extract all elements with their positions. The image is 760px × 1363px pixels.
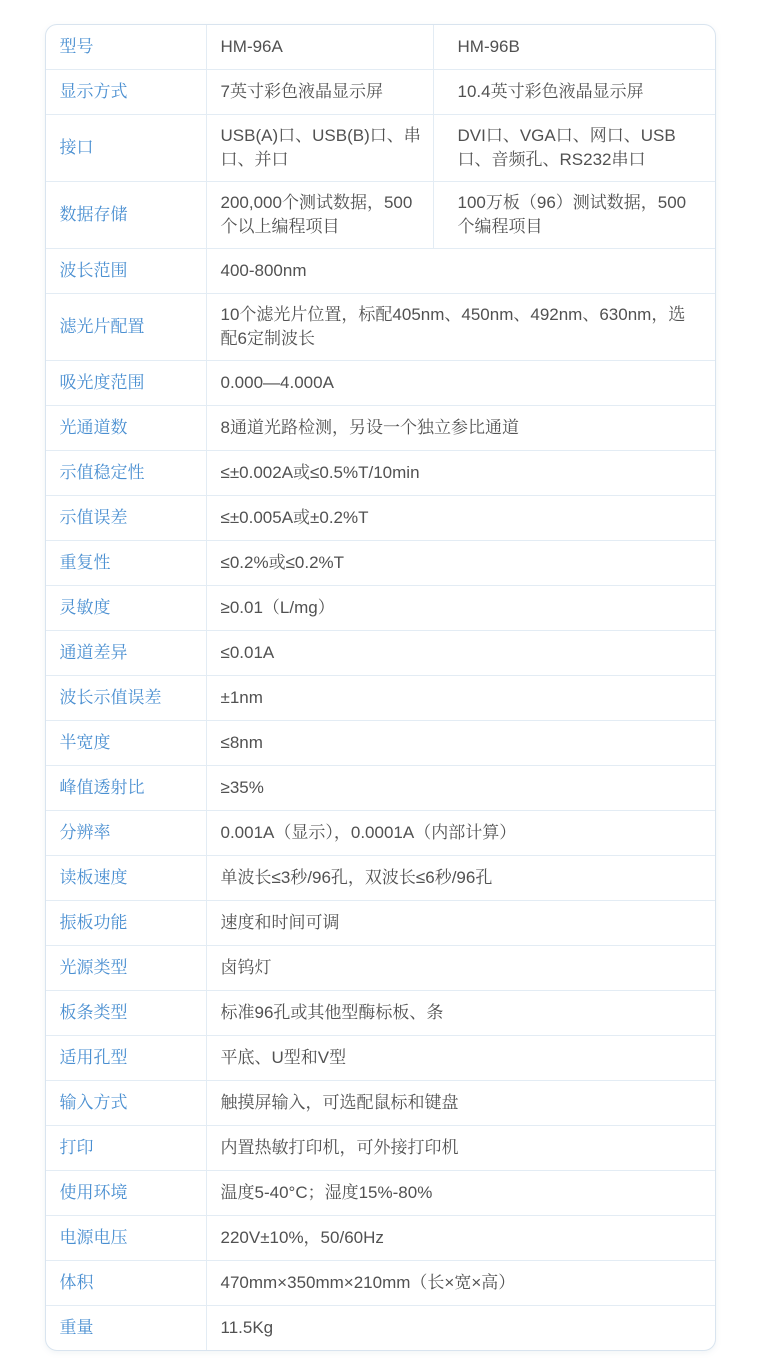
- spec-value: 速度和时间可调: [207, 901, 715, 945]
- spec-label: 半宽度: [46, 721, 207, 765]
- spec-row: 半宽度≤8nm: [46, 721, 715, 766]
- spec-row: 接口USB(A)口、USB(B)口、串口、并口DVI口、VGA口、网口、USB口…: [46, 115, 715, 182]
- spec-row: 示值稳定性≤±0.002A或≤0.5%T/10min: [46, 451, 715, 496]
- spec-value: 触摸屏输入，可选配鼠标和键盘: [207, 1081, 715, 1125]
- spec-row: 滤光片配置10个滤光片位置，标配405nm、450nm、492nm、630nm，…: [46, 294, 715, 361]
- spec-value: 平底、U型和V型: [207, 1036, 715, 1080]
- spec-value: 0.001A（显示），0.0001A（内部计算）: [207, 811, 715, 855]
- spec-label: 数据存储: [46, 182, 207, 248]
- spec-label: 滤光片配置: [46, 294, 207, 360]
- spec-label: 读板速度: [46, 856, 207, 900]
- spec-row: 灵敏度≥0.01（L/mg）: [46, 586, 715, 631]
- spec-value: 温度5-40°C；湿度15%-80%: [207, 1171, 715, 1215]
- spec-value: 220V±10%，50/60Hz: [207, 1216, 715, 1260]
- spec-row: 数据存储200,000个测试数据，500个以上编程项目100万板（96）测试数据…: [46, 182, 715, 249]
- spec-label: 重量: [46, 1306, 207, 1350]
- spec-row: 光源类型卤钨灯: [46, 946, 715, 991]
- spec-value-hm96b: 10.4英寸彩色液晶显示屏: [434, 70, 715, 114]
- spec-value: ≤8nm: [207, 721, 715, 765]
- spec-label: 吸光度范围: [46, 361, 207, 405]
- spec-label: 分辨率: [46, 811, 207, 855]
- spec-row: 输入方式触摸屏输入，可选配鼠标和键盘: [46, 1081, 715, 1126]
- spec-row: 光通道数8通道光路检测，另设一个独立参比通道: [46, 406, 715, 451]
- spec-label: 波长示值误差: [46, 676, 207, 720]
- spec-row: 体积470mm×350mm×210mm（长×宽×高）: [46, 1261, 715, 1306]
- spec-label: 光源类型: [46, 946, 207, 990]
- spec-value: ≥0.01（L/mg）: [207, 586, 715, 630]
- spec-label: 示值稳定性: [46, 451, 207, 495]
- spec-row: 板条类型标准96孔或其他型酶标板、条: [46, 991, 715, 1036]
- spec-row: 分辨率0.001A（显示），0.0001A（内部计算）: [46, 811, 715, 856]
- spec-label: 型号: [46, 25, 207, 69]
- spec-row: 通道差异≤0.01A: [46, 631, 715, 676]
- spec-value-hm96b: 100万板（96）测试数据，500个编程项目: [434, 182, 715, 248]
- spec-label: 灵敏度: [46, 586, 207, 630]
- spec-value: 11.5Kg: [207, 1306, 715, 1350]
- spec-row: 吸光度范围0.000—4.000A: [46, 361, 715, 406]
- spec-label: 打印: [46, 1126, 207, 1170]
- spec-row: 适用孔型平底、U型和V型: [46, 1036, 715, 1081]
- spec-value: 470mm×350mm×210mm（长×宽×高）: [207, 1261, 715, 1305]
- spec-value: ≤0.2%或≤0.2%T: [207, 541, 715, 585]
- spec-label: 峰值透射比: [46, 766, 207, 810]
- spec-value-hm96b: HM-96B: [434, 25, 715, 69]
- spec-value-hm96b: DVI口、VGA口、网口、USB口、音频孔、RS232串口: [434, 115, 715, 181]
- spec-label: 振板功能: [46, 901, 207, 945]
- spec-value: 内置热敏打印机，可外接打印机: [207, 1126, 715, 1170]
- spec-value: 10个滤光片位置，标配405nm、450nm、492nm、630nm，选配6定制…: [207, 294, 715, 360]
- spec-value-hm96a: HM-96A: [207, 25, 434, 69]
- spec-row: 型号HM-96AHM-96B: [46, 25, 715, 70]
- spec-label: 重复性: [46, 541, 207, 585]
- spec-label: 显示方式: [46, 70, 207, 114]
- spec-row: 读板速度单波长≤3秒/96孔，双波长≤6秒/96孔: [46, 856, 715, 901]
- spec-row: 打印内置热敏打印机，可外接打印机: [46, 1126, 715, 1171]
- spec-table: 型号HM-96AHM-96B显示方式7英寸彩色液晶显示屏10.4英寸彩色液晶显示…: [45, 24, 716, 1351]
- spec-value: 单波长≤3秒/96孔，双波长≤6秒/96孔: [207, 856, 715, 900]
- spec-value: ≥35%: [207, 766, 715, 810]
- spec-row: 波长范围400-800nm: [46, 249, 715, 294]
- spec-label: 使用环境: [46, 1171, 207, 1215]
- spec-value: 标准96孔或其他型酶标板、条: [207, 991, 715, 1035]
- spec-value: 卤钨灯: [207, 946, 715, 990]
- spec-row: 重量11.5Kg: [46, 1306, 715, 1350]
- spec-value: ±1nm: [207, 676, 715, 720]
- spec-label: 通道差异: [46, 631, 207, 675]
- spec-value: ≤0.01A: [207, 631, 715, 675]
- spec-label: 输入方式: [46, 1081, 207, 1125]
- spec-label: 适用孔型: [46, 1036, 207, 1080]
- spec-value: 8通道光路检测，另设一个独立参比通道: [207, 406, 715, 450]
- spec-row: 峰值透射比≥35%: [46, 766, 715, 811]
- spec-row: 重复性≤0.2%或≤0.2%T: [46, 541, 715, 586]
- spec-row: 显示方式7英寸彩色液晶显示屏10.4英寸彩色液晶显示屏: [46, 70, 715, 115]
- spec-row: 示值误差≤±0.005A或±0.2%T: [46, 496, 715, 541]
- spec-label: 光通道数: [46, 406, 207, 450]
- spec-value-hm96a: 7英寸彩色液晶显示屏: [207, 70, 434, 114]
- spec-label: 体积: [46, 1261, 207, 1305]
- spec-row: 电源电压220V±10%，50/60Hz: [46, 1216, 715, 1261]
- spec-label: 接口: [46, 115, 207, 181]
- spec-value: ≤±0.005A或±0.2%T: [207, 496, 715, 540]
- spec-label: 电源电压: [46, 1216, 207, 1260]
- spec-row: 使用环境温度5-40°C；湿度15%-80%: [46, 1171, 715, 1216]
- spec-value-hm96a: 200,000个测试数据，500个以上编程项目: [207, 182, 434, 248]
- spec-value-hm96a: USB(A)口、USB(B)口、串口、并口: [207, 115, 434, 181]
- spec-label: 板条类型: [46, 991, 207, 1035]
- spec-value: 400-800nm: [207, 249, 715, 293]
- spec-row: 波长示值误差±1nm: [46, 676, 715, 721]
- spec-value: 0.000—4.000A: [207, 361, 715, 405]
- spec-label: 波长范围: [46, 249, 207, 293]
- spec-row: 振板功能速度和时间可调: [46, 901, 715, 946]
- spec-label: 示值误差: [46, 496, 207, 540]
- spec-value: ≤±0.002A或≤0.5%T/10min: [207, 451, 715, 495]
